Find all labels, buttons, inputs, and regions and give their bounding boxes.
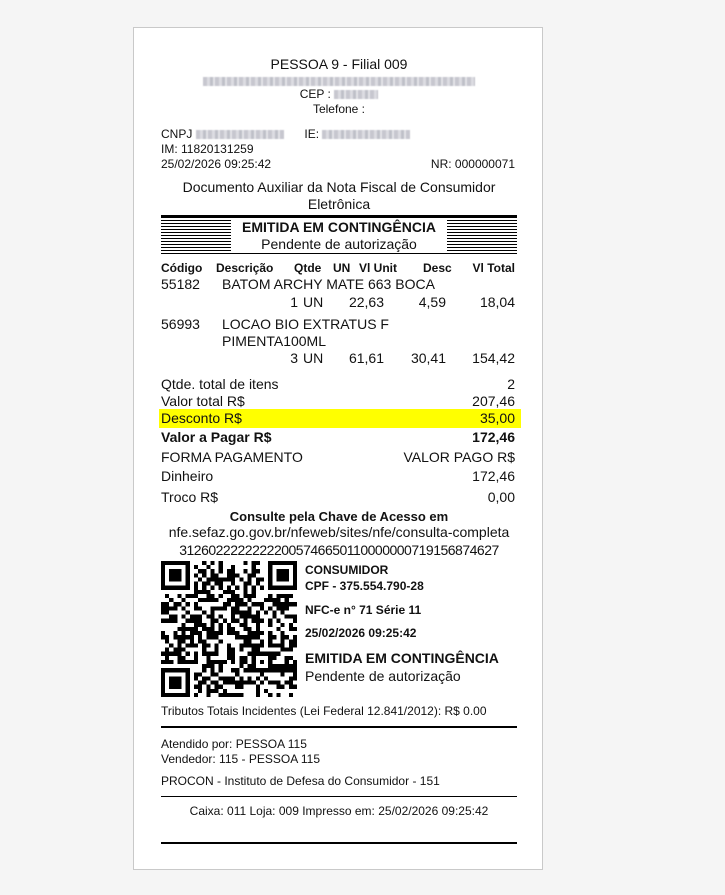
cep-label: CEP :	[300, 87, 331, 101]
document-title-line1: Documento Auxiliar da Nota Fiscal de Con…	[134, 179, 544, 195]
consumer-status-title: EMITIDA EM CONTINGÊNCIA	[305, 650, 499, 666]
discount-value: 35,00	[480, 410, 515, 426]
cnpj-line: CNPJ IE:	[161, 127, 410, 141]
cnpj-value-redacted	[196, 130, 284, 139]
total-label: Valor total R$	[161, 393, 245, 409]
payment-method: Dinheiro	[161, 468, 213, 484]
item-code: 56993	[161, 316, 200, 332]
print-info: Caixa: 011 Loja: 009 Impresso em: 25/02/…	[134, 804, 544, 818]
separator-thin	[161, 796, 517, 797]
cep-line: CEP :	[134, 87, 544, 101]
item-qty: 3	[290, 350, 298, 366]
item-description: BATOM ARCHY MATE 663 BOCA	[222, 276, 435, 292]
item-unit-price: 61,61	[349, 350, 384, 366]
item-discount: 30,41	[411, 350, 446, 366]
col-header-description: Descrição	[216, 261, 273, 275]
item-count-label: Qtde. total de itens	[161, 376, 279, 392]
item-unit: UN	[303, 350, 323, 366]
item-discount: 4,59	[419, 294, 446, 310]
qr-code[interactable]	[161, 561, 297, 697]
banner-bottom-line	[161, 253, 517, 254]
cep-value-redacted	[334, 90, 378, 99]
consumer-datetime: 25/02/2026 09:25:42	[305, 626, 416, 640]
total-value: 207,46	[472, 393, 515, 409]
banner-title: EMITIDA EM CONTINGÊNCIA	[231, 219, 447, 235]
item-qty: 1	[290, 294, 298, 310]
access-key-url: nfe.sefaz.go.gov.br/nfeweb/sites/nfe/con…	[134, 524, 544, 540]
header-datetime: 25/02/2026 09:25:42	[161, 157, 271, 171]
ie-label: IE:	[304, 127, 319, 141]
to-pay-value: 172,46	[472, 429, 515, 445]
item-description: LOCAO BIO EXTRATUS F	[222, 316, 389, 332]
consumer-cpf: CPF - 375.554.790-28	[305, 579, 424, 593]
to-pay-label: Valor a Pagar R$	[161, 429, 272, 445]
item-total: 18,04	[480, 294, 515, 310]
amount-paid-header: VALOR PAGO R$	[403, 449, 515, 465]
item-description-cont: PIMENTA100ML	[222, 333, 326, 349]
nfce-number: NFC-e n° 71 Série 11	[305, 603, 421, 617]
access-key-title: Consulte pela Chave de Acesso em	[134, 509, 544, 524]
store-name: PESSOA 9 - Filial 009	[134, 56, 544, 72]
col-header-code: Código	[161, 261, 202, 275]
seller: Vendedor: 115 - PESSOA 115	[161, 752, 320, 766]
col-header-total: Vl Total	[473, 261, 515, 275]
change-label: Troco R$	[161, 489, 218, 505]
item-count-value: 2	[507, 376, 515, 392]
item-unit: UN	[303, 294, 323, 310]
col-header-unit-price: Vl Unit	[359, 261, 397, 275]
phone-label: Telefone :	[134, 102, 544, 116]
taxes-line: Tributos Totais Incidentes (Lei Federal …	[161, 704, 487, 718]
receipt-paper: PESSOA 9 - Filial 009 CEP : Telefone : C…	[133, 27, 543, 870]
item-code: 55182	[161, 276, 200, 292]
separator-thick	[161, 726, 517, 728]
ie-value-redacted	[322, 130, 410, 139]
attended-by: Atendido por: PESSOA 115	[161, 737, 307, 751]
item-unit-price: 22,63	[349, 294, 384, 310]
consumer-status-subtitle: Pendente de autorização	[305, 668, 461, 684]
banner-stripes-right	[447, 217, 517, 252]
document-title-line2: Eletrônica	[134, 196, 544, 212]
access-key-number: 3126022222222200574665011000000071915687…	[134, 542, 544, 558]
discount-label: Desconto R$	[161, 410, 242, 426]
col-header-unit: UN	[333, 261, 350, 275]
receipt-number: NR: 000000071	[431, 157, 515, 171]
banner-top-bar	[161, 215, 517, 218]
change-value: 0,00	[488, 489, 515, 505]
procon-info: PROCON - Instituto de Defesa do Consumid…	[161, 774, 440, 788]
item-total: 154,42	[472, 350, 515, 366]
banner-subtitle: Pendente de autorização	[231, 236, 447, 252]
col-header-qty: Qtde	[294, 261, 321, 275]
cnpj-label: CNPJ	[161, 127, 192, 141]
im-line: IM: 11820131259	[161, 142, 254, 156]
consumer-label: CONSUMIDOR	[305, 563, 388, 577]
separator-bottom	[161, 842, 517, 844]
banner-stripes-left	[161, 217, 231, 252]
payment-method-header: FORMA PAGAMENTO	[161, 449, 303, 465]
amount-paid: 172,46	[472, 468, 515, 484]
col-header-discount: Desc	[423, 261, 452, 275]
